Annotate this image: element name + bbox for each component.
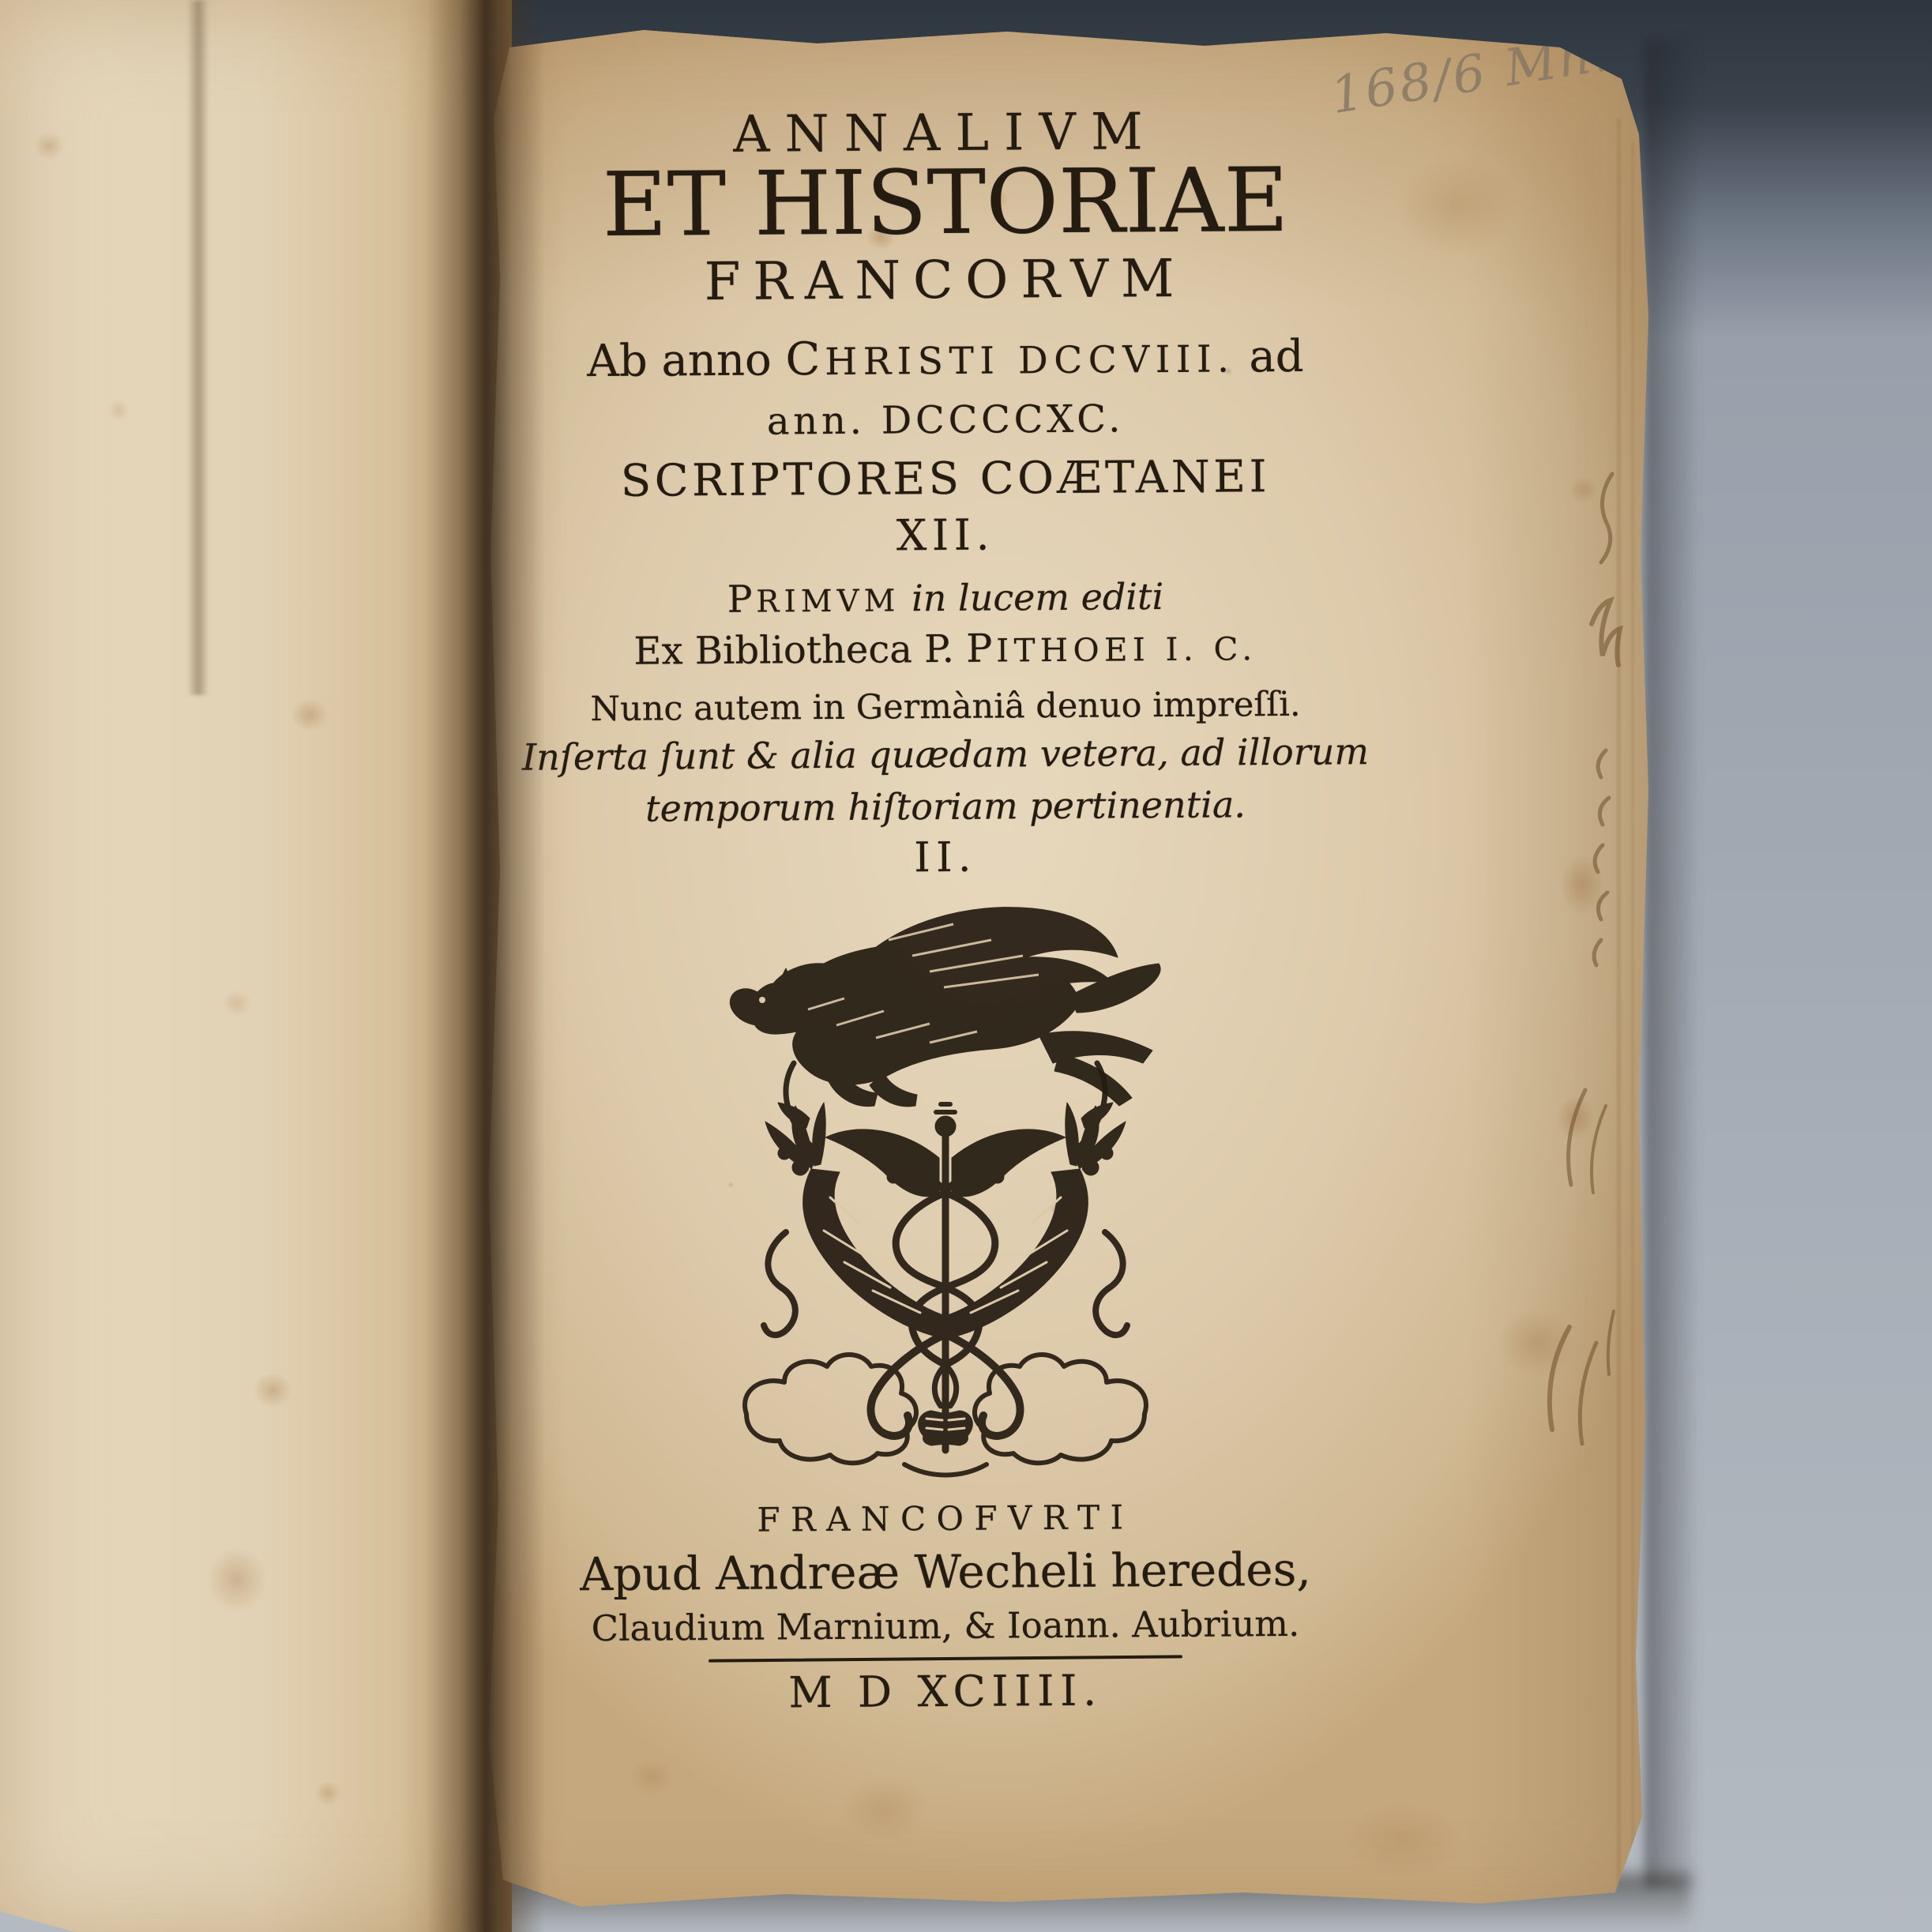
edition-primum: PRIMVM in lucem editi [727, 575, 1164, 622]
fore-edge-cast-shadow [1644, 39, 1700, 1888]
subtitle-ann-line: ann. DCCCCXC. [767, 397, 1125, 443]
edition-primum-caps: PRIMVM [727, 577, 900, 622]
book-title-page-photo: 168/6 Mh: ANNALIVM ET HISTORIAE FRANCORV… [0, 0, 1932, 1932]
fore-edge-line [1617, 118, 1621, 1888]
pegasus-eye [759, 997, 765, 1003]
title-page: 168/6 Mh: ANNALIVM ET HISTORIAE FRANCORV… [454, 0, 1686, 1932]
edition-ex-bibliotheca-caps: PITHOEI I. C. [966, 623, 1257, 671]
imprint-publisher-line-2: Claudium Marnium, & Ioann. Aubrium. [592, 1603, 1300, 1649]
caduceus-and-cornucopias [745, 1063, 1146, 1475]
title-line-francorum: FRANCORVM [704, 248, 1186, 312]
facing-page-crease [187, 0, 209, 695]
imprint-place: FRANCOFVRTI [757, 1498, 1134, 1539]
note-italic-line-1: Inſerta ſunt & alia quædam vetera, ad il… [522, 730, 1369, 778]
note-italic-line-2: temporum hiſtoriam pertinentia. [645, 783, 1246, 829]
subtitle-ab-anno-post: ad [1235, 331, 1303, 383]
edition-primum-italic: in lucem editi [900, 575, 1163, 619]
volume-numeral: II. [914, 834, 977, 882]
edition-nunc-autem: Nunc autem in Germàniâ denuo impreſſi. [590, 685, 1300, 729]
title-line-et-historiae: ET HISTORIAE [602, 149, 1288, 257]
printer-device-pegasus-caduceus-icon [690, 891, 1201, 1485]
edition-ex-bibliotheca-pre: Ex Bibliotheca P. [633, 627, 966, 674]
imprint-year: M D XCIIII. [788, 1666, 1103, 1718]
facing-page-stains [0, 0, 512, 1932]
fore-edge-line [1631, 142, 1634, 1880]
subtitle-ab-anno: Ab anno CHRISTI DCCVIII. ad [587, 329, 1304, 387]
facing-page [0, 0, 512, 1932]
subtitle-scriptores: SCRIPTORES COÆTANEI [621, 451, 1271, 507]
subtitle-numeral-xii: XII. [896, 510, 995, 561]
subtitle-ab-anno-caps: CHRISTI DCCVIII. [785, 329, 1235, 385]
imprint-publisher-line-1: Apud Andreæ Wecheli heredes, [580, 1543, 1311, 1601]
edition-ex-bibliotheca: Ex Bibliotheca P. PITHOEI I. C. [633, 623, 1257, 674]
pegasus-figure [730, 908, 1160, 1107]
subtitle-ab-anno-pre: Ab anno [587, 334, 786, 387]
